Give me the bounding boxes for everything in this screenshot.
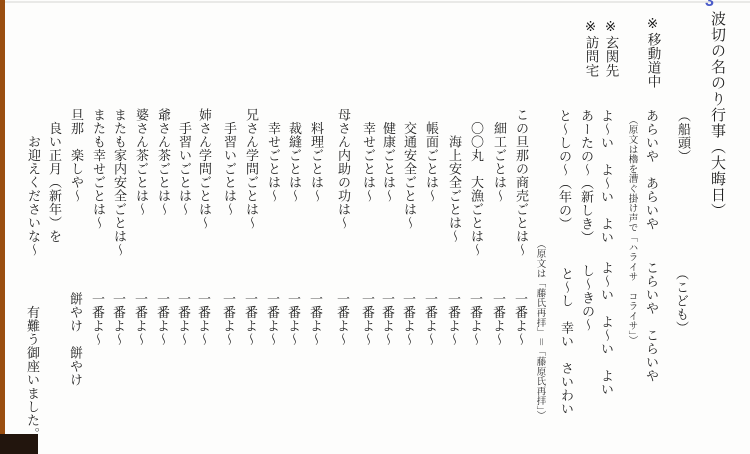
sendou-call-text: 健康ごとは～ (381, 108, 396, 203)
call-response-column: 良い正月（新年）を (46, 108, 61, 454)
kodomo-response-text: 一番よ～ (381, 292, 394, 346)
kodomo-response-text: 一番よ～ (287, 292, 300, 346)
sendou-call-text: 母さん内助の功は～ (336, 108, 351, 230)
kodomo-response-text: 一番よ～ (402, 292, 415, 346)
kodomo-response-text: 一番よ～ (361, 292, 374, 346)
sendou-call-text: またも家内安全ごとは～ (112, 108, 127, 257)
original-text-annotation: （原文は櫓を漕ぐ掛け声で「ハライサ コライサ」） (627, 115, 637, 345)
call-response-column: 海上安全ごとは～ 一番よ～ (446, 108, 461, 454)
sendou-call-text: この旦那の商売ごとは～ (514, 108, 529, 257)
sendou-call-text: 手習いごとは～ (177, 108, 192, 216)
kodomo-response-text: 一番よ～ (266, 292, 279, 346)
kodomo-response-text: 一番よ～ (134, 292, 147, 346)
sendou-call-text: 旦那 楽しや～ (69, 108, 84, 203)
sendou-call-text: 幸せごとは～ (361, 108, 376, 203)
speaker-label-kodomo: （こども） (675, 267, 688, 335)
kodomo-response-text: 一番よ～ (424, 292, 437, 346)
sendou-call-text: 婆さん茶ごとは～ (134, 108, 149, 216)
call-response-column: 幸せごとは～ 一番よ～ (360, 108, 375, 454)
call-response-column: 幸せごとは～ 一番よ～ (265, 108, 280, 454)
chant-line-kodomo-2: し～きの～ (581, 264, 594, 332)
location-note-2: ※訪問宅 (584, 19, 598, 78)
kodomo-response-text: 一番よ～ (156, 292, 169, 346)
sendou-call-text: 良い正月（新年）を (47, 108, 62, 243)
call-response-column: 細工ごとは～ 一番よ～ (491, 108, 506, 454)
kodomo-response-text: 一番よ～ (177, 292, 190, 346)
sendou-call-text: 裁縫ごとは～ (287, 108, 302, 203)
kodomo-response-text: 一番よ～ (492, 292, 505, 346)
call-response-column: 兄さん学問ごとは～ 一番よ～ (243, 108, 258, 454)
call-response-column: 帳面ごとは～ 一番よ～ (423, 108, 438, 454)
kodomo-response-text: 有難う御座いました。 (26, 292, 39, 441)
sendou-call-text: 手習いごとは～ (222, 108, 237, 216)
page-number-mark: 3 (705, 0, 714, 11)
sendou-call-text: 帳面ごとは～ (424, 108, 439, 203)
sendou-call-text: 兄さん学問ごとは～ (244, 108, 259, 230)
sendou-call-text: 爺さん茶ごとは～ (156, 108, 171, 216)
call-response-column: この旦那の商売ごとは～ 一番よ～ (513, 108, 528, 454)
sendou-call-text: 交通安全ごとは～ (402, 108, 417, 230)
call-response-column: またも幸せごとは～ 一番よ～ (90, 108, 105, 454)
call-response-column: 婆さん茶ごとは～ 一番よ～ (133, 108, 148, 454)
call-response-column: 手習いごとは～ 一番よ～ (221, 108, 236, 454)
page-title: 波切の名のり行事（大晦日） (710, 11, 725, 219)
sendou-call-text: 海上安全ごとは～ (447, 108, 462, 243)
call-response-column: 裁縫ごとは～ 一番よ～ (286, 108, 301, 454)
sendou-call-text: 細工ごとは～ (492, 108, 507, 203)
call-response-column: 手習いごとは～ 一番よ～ (176, 108, 191, 454)
call-response-column: 姉さん学問ごとは～ 一番よ～ (196, 108, 211, 454)
kodomo-response-text: 一番よ～ (309, 292, 322, 346)
chant-line-sendou-3: あーたの～（新しき） (580, 109, 593, 244)
sendou-call-text: 〇〇丸 大漁ごとは～ (469, 108, 484, 257)
kodomo-response-text: 一番よ～ (514, 292, 527, 346)
call-response-column: 交通安全ごとは～ 一番よ～ (401, 108, 416, 454)
chant-line-sendou-2: よ～い よ～い よい (600, 109, 613, 244)
sendou-call-text: お迎えくださいな～ (26, 108, 41, 257)
chant-line-kodomo-3: と～し 幸い さいわい (560, 267, 573, 416)
call-response-column: 旦那 楽しや～ 餅やけ 餅やけ (68, 108, 83, 454)
document-page: 3 波切の名のり行事（大晦日） ※移動道中※玄関先※訪問宅 （船頭） （こども）… (0, 0, 750, 454)
call-response-column: またも家内安全ごとは～ 一番よ～ (111, 108, 126, 454)
call-response-column: お迎えくださいな～ 有難う御座いました。 (25, 108, 40, 454)
kodomo-response-text: 一番よ～ (197, 292, 210, 346)
kodomo-response-text: 一番よ～ (222, 292, 235, 346)
scan-left-edge (0, 0, 5, 454)
call-response-column: 健康ごとは～ 一番よ～ (380, 108, 395, 454)
call-response-column: 爺さん茶ごとは～ 一番よ～ (155, 108, 170, 454)
original-text-annotation: （原文は「藤氏再拝」＝「藤原氏再拝」） (535, 239, 545, 420)
kodomo-response-text: 一番よ～ (447, 292, 460, 346)
scan-top-edge (0, 1, 750, 3)
location-note-0: ※移動道中 (646, 16, 660, 89)
chant-line-kodomo-1: よ～い よ～い よい (600, 261, 613, 396)
chant-line-sendou-0: あらいや あらいや (645, 109, 658, 231)
sendou-call-text: またも幸せごとは～ (91, 108, 106, 230)
call-response-column: 料理ごとは～ 一番よ～ (308, 108, 323, 454)
speaker-label-sendou: （船頭） (677, 109, 690, 163)
kodomo-response-text: 一番よ～ (244, 292, 257, 346)
sendou-call-text: 料理ごとは～ (309, 108, 324, 203)
call-response-column: 〇〇丸 大漁ごとは～ 一番よ～ (468, 108, 483, 454)
sendou-call-text: 幸せごとは～ (266, 108, 281, 203)
call-response-column: 母さん内助の功は～ 一番よ～ (335, 108, 350, 454)
kodomo-response-text: 一番よ～ (336, 292, 349, 346)
location-note-1: ※玄関先 (604, 19, 618, 78)
kodomo-response-text: 一番よ～ (112, 292, 125, 346)
kodomo-response-text: 餅やけ 餅やけ (69, 292, 82, 387)
sendou-call-text: 姉さん学問ごとは～ (197, 108, 212, 230)
kodomo-response-text: 一番よ～ (91, 292, 104, 346)
chant-line-sendou-4: と～しの～（年の） (558, 109, 571, 231)
kodomo-response-text: 一番よ～ (469, 292, 482, 346)
chant-line-kodomo-0: こらいや こらいや (645, 261, 658, 383)
